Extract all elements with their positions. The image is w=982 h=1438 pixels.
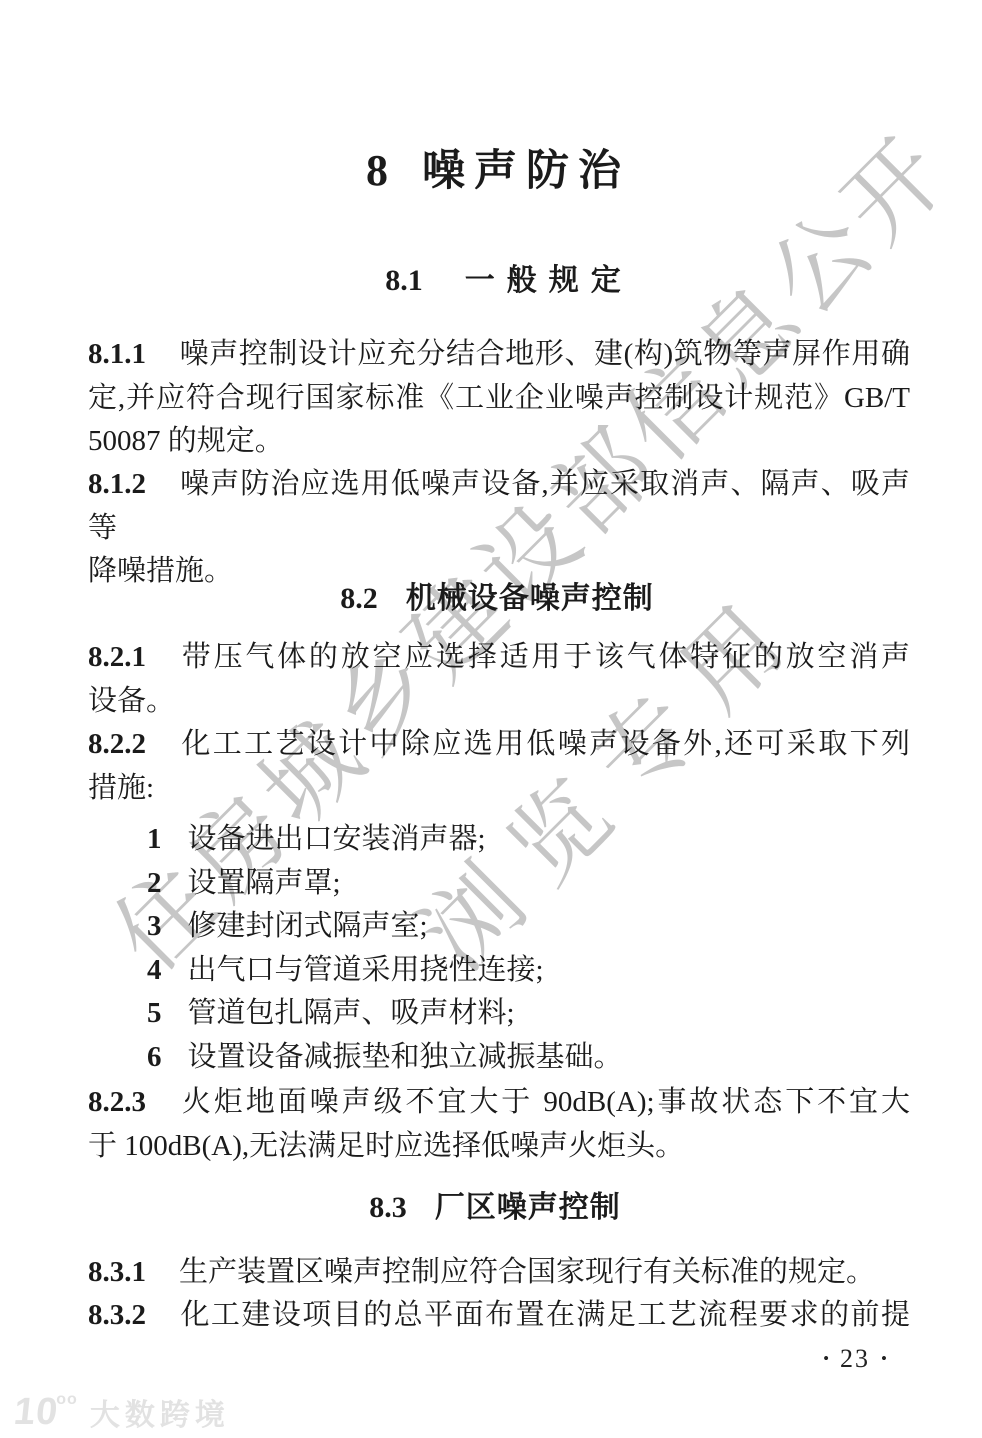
list-item-number: 1 (147, 823, 162, 855)
body-line: 8.3.2化工建设项目的总平面布置在满足工艺流程要求的前提 (88, 1294, 910, 1338)
list-item-number: 6 (147, 1041, 162, 1073)
page-number-value: 23 (840, 1344, 870, 1374)
list-item-6: 6设置设备减振垫和独立减振基础。 (88, 1036, 910, 1080)
section-8-3-number: 8.3 (369, 1191, 407, 1224)
list-item-number: 3 (147, 910, 162, 942)
clause-label: 8.2.2 (88, 728, 146, 760)
list-item-number: 2 (147, 867, 162, 899)
section-heading-8-1: 8.1一般规定 (0, 263, 982, 299)
paragraph-8-3-2: 8.3.2化工建设项目的总平面布置在满足工艺流程要求的前提 (88, 1294, 910, 1338)
body-line: 50087 的规定。 (88, 420, 910, 464)
section-8-2-title: 机械设备噪声控制 (406, 582, 654, 615)
page-number: • 23 • (823, 1344, 887, 1374)
paragraph-8-2-1: 8.2.1带压气体的放空应选择适用于该气体特征的放空消声 设备。 (88, 636, 910, 723)
page-content: 8噪声防治 8.1一般规定 8.1.1噪声控制设计应充分结合地形、建(构)筑物等… (0, 0, 982, 1438)
section-heading-8-2: 8.2机械设备噪声控制 (0, 581, 982, 617)
chapter-title: 8噪声防治 (0, 147, 982, 205)
body-line: 于 100dB(A),无法满足时应选择低噪声火炬头。 (88, 1125, 910, 1169)
list-item-1: 1设备进出口安装消声器; (88, 818, 910, 862)
list-item-2: 2设置隔声罩; (88, 862, 910, 906)
clause-label: 8.2.3 (88, 1086, 146, 1118)
document-page: 住房城乡建设部信息公开 浏览专用 10oo 大数跨境 8噪声防治 8.1一般规定… (0, 0, 982, 1438)
body-line: 8.2.2化工工艺设计中除应选用低噪声设备外,还可采取下列 (88, 723, 910, 767)
paragraph-8-2-2: 8.2.2化工工艺设计中除应选用低噪声设备外,还可采取下列 措施: (88, 723, 910, 810)
clause-label: 8.1.2 (88, 468, 146, 500)
list-item-5: 5管道包扎隔声、吸声材料; (88, 992, 910, 1036)
section-heading-8-3: 8.3厂区噪声控制 (0, 1190, 982, 1226)
list-item-number: 5 (147, 997, 162, 1029)
clause-label: 8.3.1 (88, 1256, 146, 1288)
chapter-number: 8 (366, 146, 388, 195)
clause-label: 8.1.1 (88, 338, 146, 370)
chapter-title-text: 噪声防治 (422, 148, 630, 195)
paragraph-8-1-1: 8.1.1噪声控制设计应充分结合地形、建(构)筑物等声屏作用确 定,并应符合现行… (88, 333, 910, 464)
section-8-1-number: 8.1 (385, 264, 423, 297)
list-item-number: 4 (147, 954, 162, 986)
list-item-4: 4出气口与管道采用挠性连接; (88, 949, 910, 993)
clause-label: 8.2.1 (88, 641, 146, 673)
body-line: 设备。 (88, 680, 910, 724)
body-line: 8.2.1带压气体的放空应选择适用于该气体特征的放空消声 (88, 636, 910, 680)
measure-list: 1设备进出口安装消声器; 2设置隔声罩; 3修建封闭式隔声室; 4出气口与管道采… (88, 818, 910, 1079)
body-line: 措施: (88, 767, 910, 811)
clause-label: 8.3.2 (88, 1299, 146, 1331)
section-8-2-number: 8.2 (340, 582, 378, 615)
page-number-left-dot: • (823, 1344, 829, 1374)
section-8-3-title: 厂区噪声控制 (435, 1191, 621, 1224)
paragraph-8-3-1: 8.3.1生产装置区噪声控制应符合国家现行有关标准的规定。 (88, 1251, 910, 1295)
body-line: 8.1.2噪声防治应选用低噪声设备,并应采取消声、隔声、吸声等 (88, 463, 910, 550)
section-8-1-title: 一般规定 (465, 264, 633, 297)
page-number-right-dot: • (881, 1344, 887, 1374)
paragraph-8-2-3: 8.2.3火炬地面噪声级不宜大于 90dB(A);事故状态下不宜大 于 100d… (88, 1081, 910, 1168)
body-line: 8.3.1生产装置区噪声控制应符合国家现行有关标准的规定。 (88, 1251, 910, 1295)
body-line: 8.2.3火炬地面噪声级不宜大于 90dB(A);事故状态下不宜大 (88, 1081, 910, 1125)
body-line: 8.1.1噪声控制设计应充分结合地形、建(构)筑物等声屏作用确 (88, 333, 910, 377)
body-line: 定,并应符合现行国家标准《工业企业噪声控制设计规范》GB/T (88, 377, 910, 421)
paragraph-8-1-2: 8.1.2噪声防治应选用低噪声设备,并应采取消声、隔声、吸声等 降噪措施。 (88, 463, 910, 594)
list-item-3: 3修建封闭式隔声室; (88, 905, 910, 949)
